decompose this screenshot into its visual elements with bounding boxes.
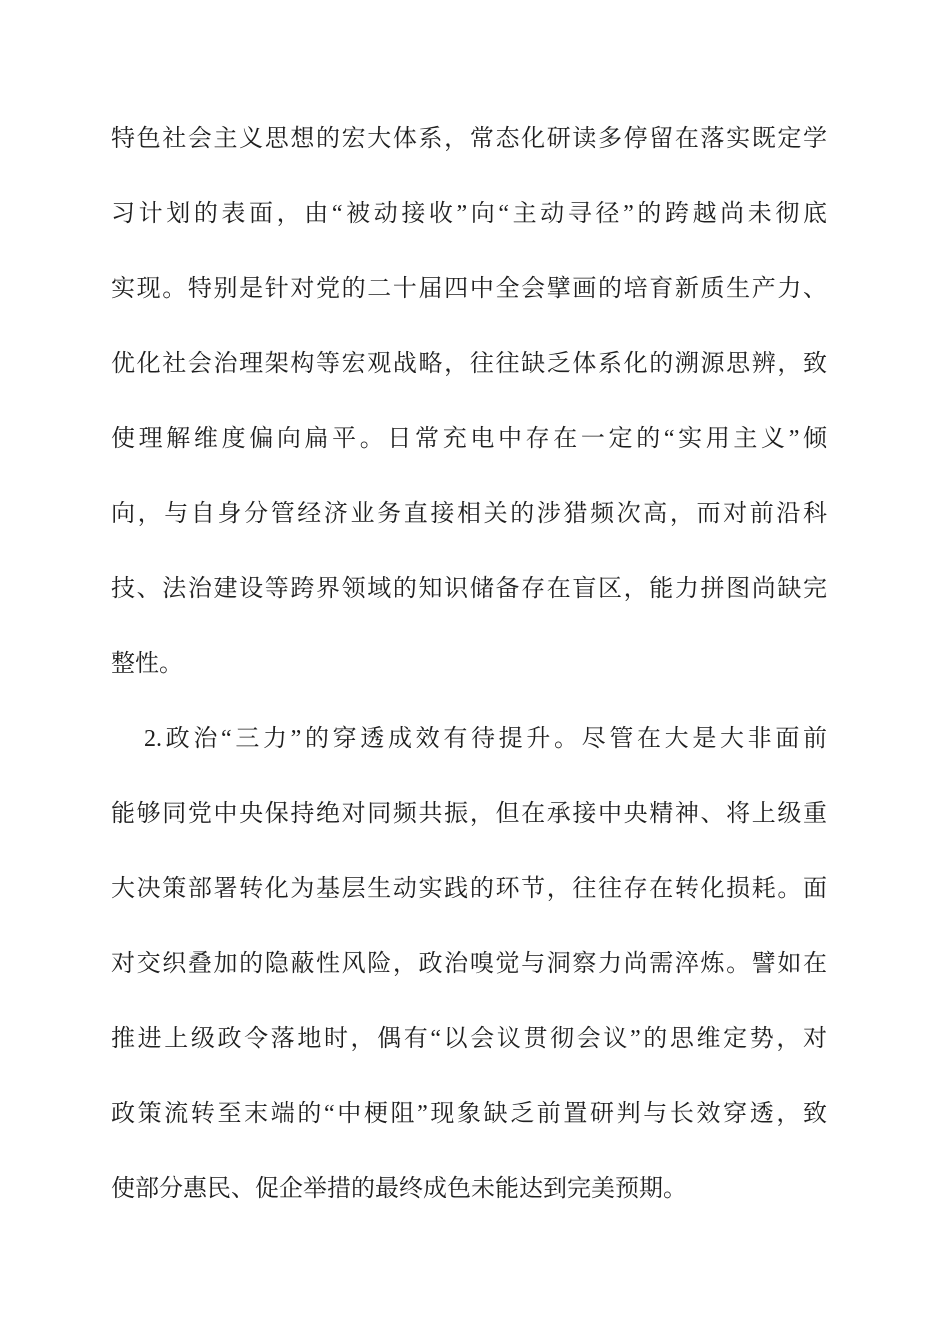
text-line: 2.政治“三力”的穿透成效有待提升。尽管在大是大非面前: [111, 702, 827, 777]
paragraph: 特色社会主义思想的宏大体系，常态化研读多停留在落实既定学习计划的表面，由“被动接…: [111, 102, 827, 702]
text-line: 特色社会主义思想的宏大体系，常态化研读多停留在落实既定学: [111, 102, 827, 177]
document-page: 特色社会主义思想的宏大体系，常态化研读多停留在落实既定学习计划的表面，由“被动接…: [0, 0, 950, 1344]
text-line: 大决策部署转化为基层生动实践的环节，往往存在转化损耗。面: [111, 852, 827, 927]
text-line: 习计划的表面，由“被动接收”向“主动寻径”的跨越尚未彻底: [111, 177, 827, 252]
text-line: 政策流转至末端的“中梗阻”现象缺乏前置研判与长效穿透，致: [111, 1077, 827, 1152]
text-line: 整性。: [111, 627, 827, 702]
text-line: 实现。特别是针对党的二十届四中全会擘画的培育新质生产力、: [111, 252, 827, 327]
text-line: 技、法治建设等跨界领域的知识储备存在盲区，能力拼图尚缺完: [111, 552, 827, 627]
paragraph: 2.政治“三力”的穿透成效有待提升。尽管在大是大非面前能够同党中央保持绝对同频共…: [111, 702, 827, 1227]
text-line: 对交织叠加的隐蔽性风险，政治嗅觉与洞察力尚需淬炼。譬如在: [111, 927, 827, 1002]
text-line: 能够同党中央保持绝对同频共振，但在承接中央精神、将上级重: [111, 777, 827, 852]
text-line: 推进上级政令落地时，偶有“以会议贯彻会议”的思维定势，对: [111, 1002, 827, 1077]
text-line: 向，与自身分管经济业务直接相关的涉猎频次高，而对前沿科: [111, 477, 827, 552]
text-line: 使部分惠民、促企举措的最终成色未能达到完美预期。: [111, 1152, 827, 1227]
text-line: 使理解维度偏向扁平。日常充电中存在一定的“实用主义”倾: [111, 402, 827, 477]
text-line: 优化社会治理架构等宏观战略，往往缺乏体系化的溯源思辨，致: [111, 327, 827, 402]
document-text-block: 特色社会主义思想的宏大体系，常态化研读多停留在落实既定学习计划的表面，由“被动接…: [111, 102, 827, 1227]
